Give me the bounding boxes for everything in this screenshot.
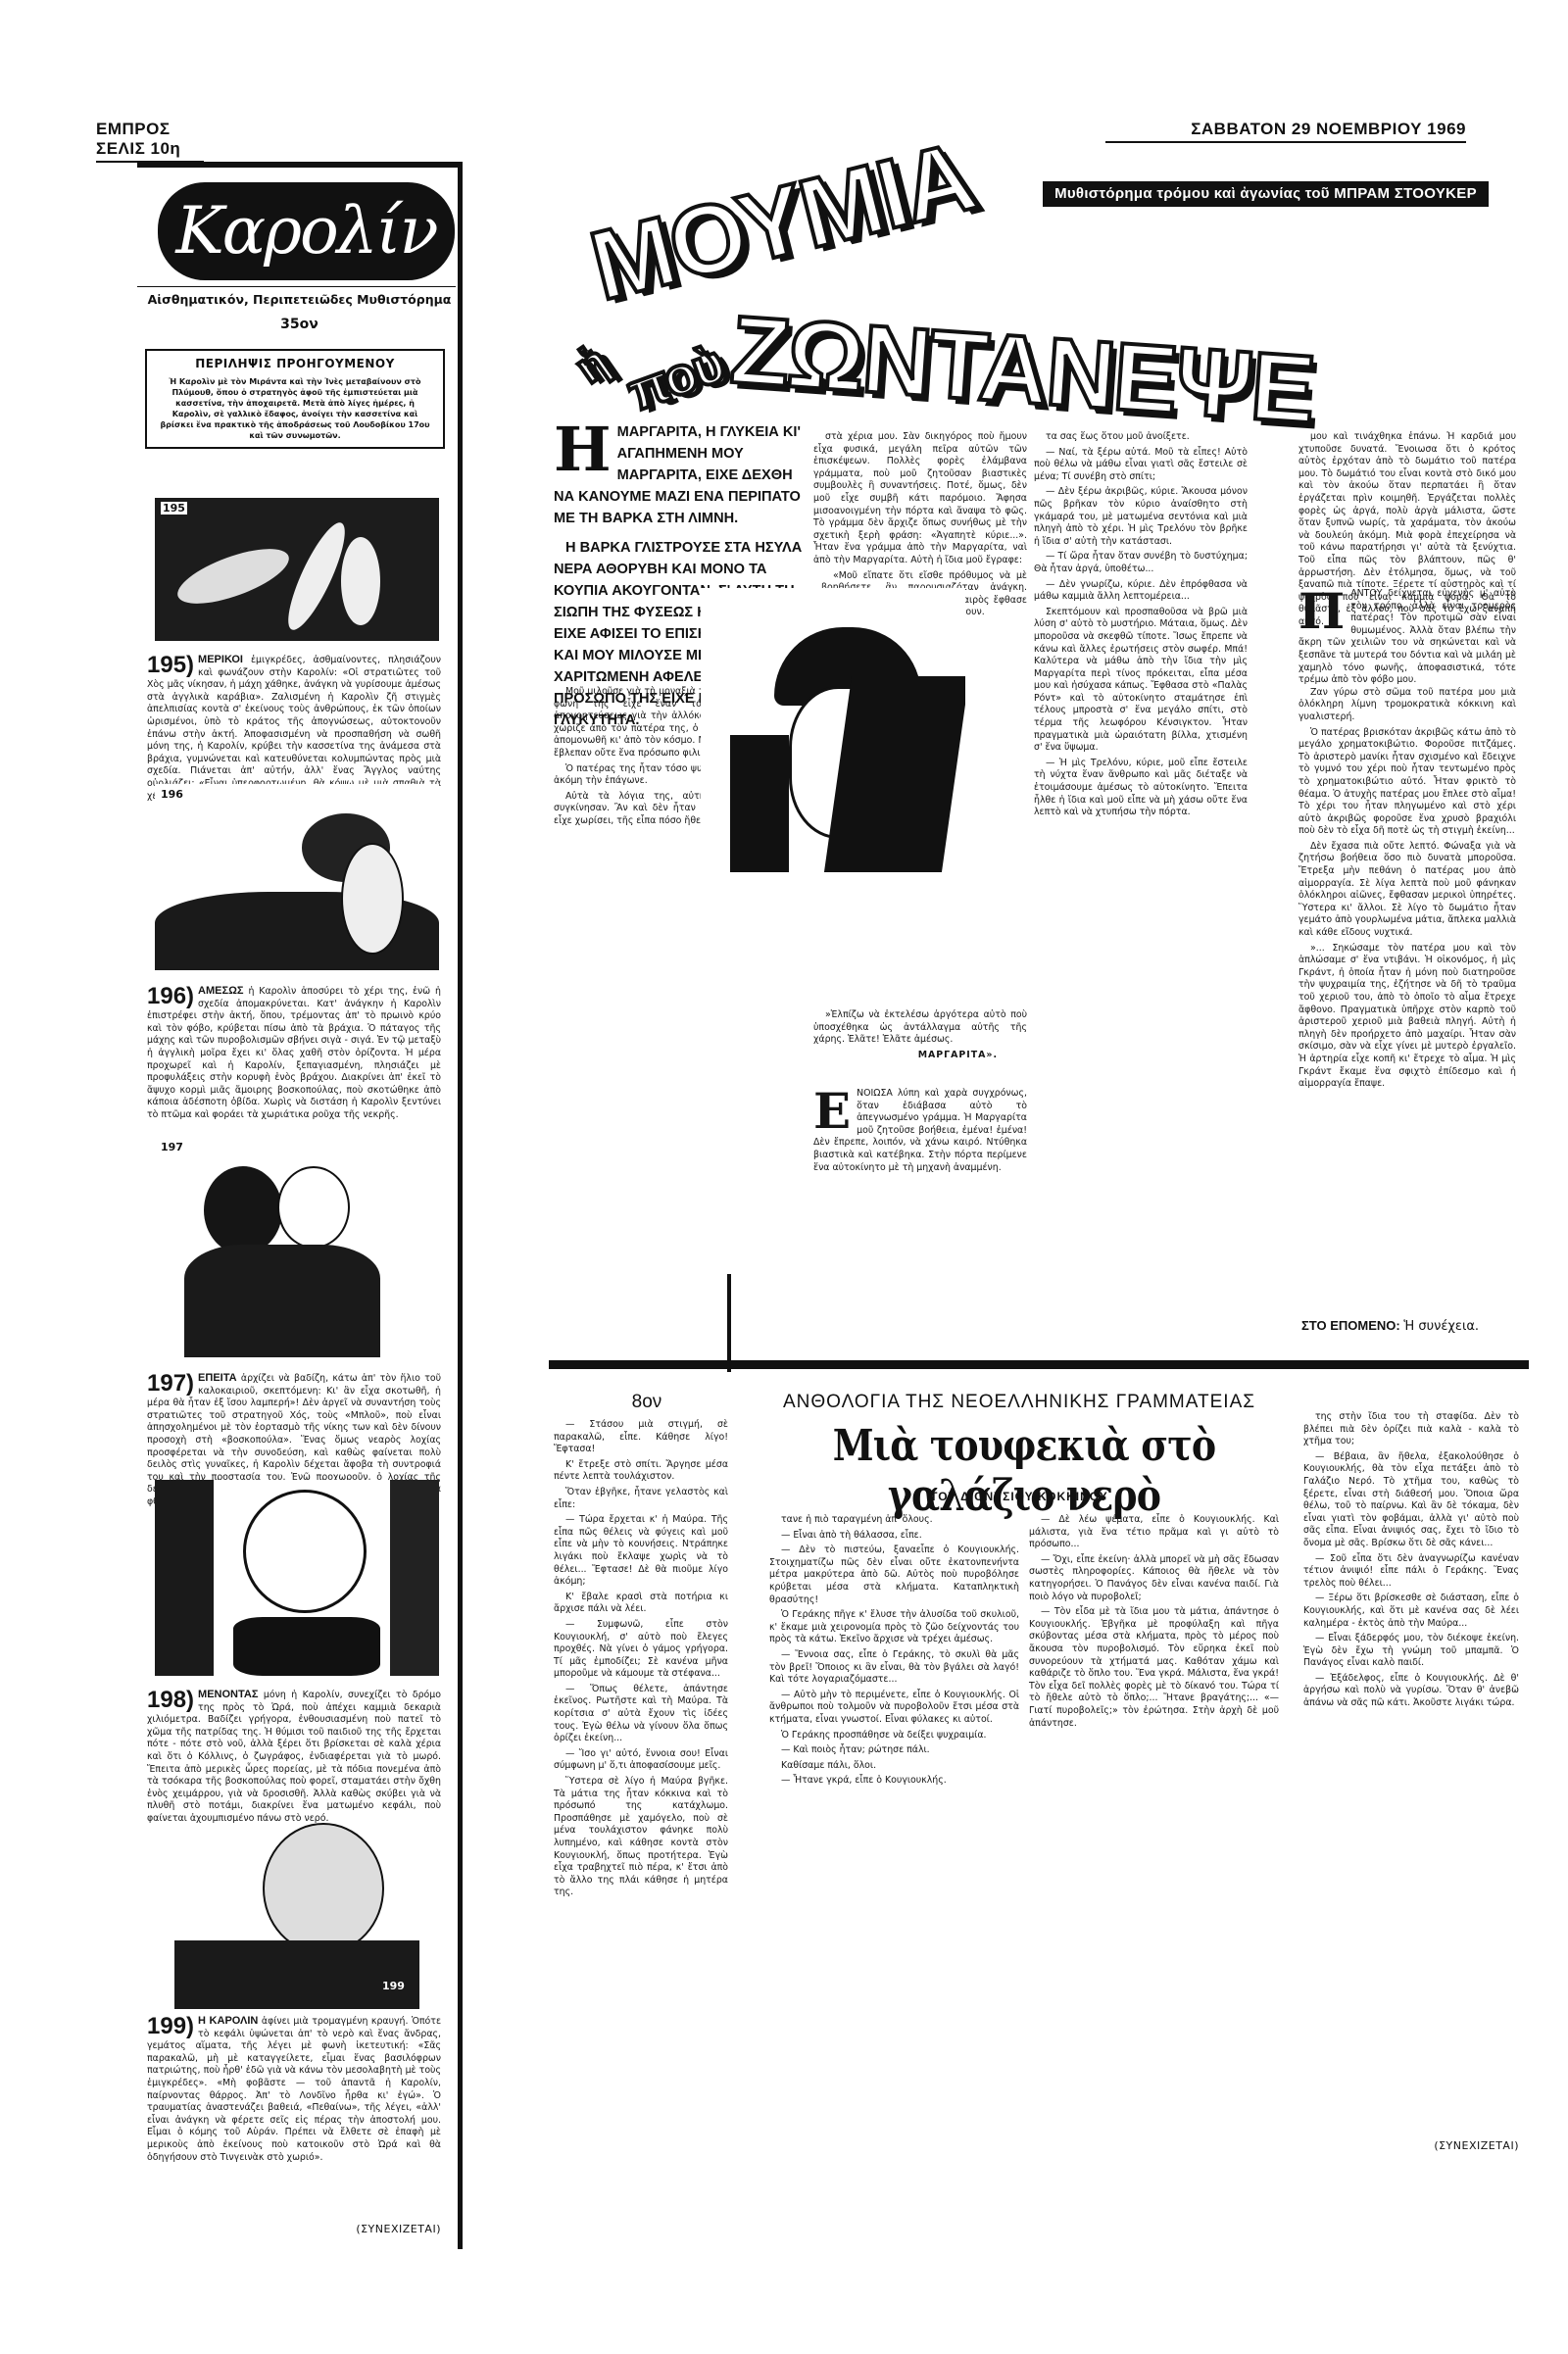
comic-panel-199: 199 bbox=[155, 1823, 439, 2011]
anthology-author: ΤΟΥ ΔΙΟΝΥΣΙΟΥ ΚΟΚΚΙΝΟΥ bbox=[759, 1490, 1279, 1503]
title-pou: ποὺ bbox=[619, 333, 731, 423]
anthology-kicker: ΑΝΘΟΛΟΓΙΑ ΤΗΣ ΝΕΟΕΛΛΗΝΙΚΗΣ ΓΡΑΜΜΑΤΕΙΑΣ bbox=[759, 1392, 1279, 1413]
continued-left: (ΣΥΝΕΧΙΖΕΤΑΙ) bbox=[294, 2223, 441, 2235]
feature-col2b: ΕΝΟΙΩΣΑ λύπη καὶ χαρὰ συγχρόνως, ὅταν ἐδ… bbox=[813, 1088, 1027, 1174]
left-top-rule bbox=[137, 162, 463, 168]
next-issue: ΣΤΟ ΕΠΟΜΕΝΟ: Ἡ συνέχεια. bbox=[1301, 1318, 1517, 1334]
left-column-rule bbox=[458, 162, 463, 2249]
section-divider bbox=[549, 1360, 1529, 1369]
caption-195: 195) ΜΕΡΙΚΟΙ ἐμιγκρέδες, ἀσθμαίνοντες, π… bbox=[147, 654, 441, 803]
anthology-col3: — Δὲ λέω ψέματα, εἶπε ὁ Κουγιουκλής. Καὶ… bbox=[1029, 1514, 1279, 1733]
divider bbox=[137, 286, 456, 287]
summary-text: Ἡ Καρολὶν μὲ τὸν Μιράντα καὶ τὴν Ἰνὲς με… bbox=[155, 376, 435, 441]
serial-subtitle: Αἰσθηματικόν, Περιπετειῶδες Μυθιστόρημα bbox=[145, 292, 454, 307]
feature-col4b: Π ΑΝΤΟΥ δείχνεται εὐγενὴς μ' αὐτὸ τὸν τρ… bbox=[1298, 588, 1516, 1094]
portrait-illustration bbox=[701, 588, 965, 872]
masthead-left: ΕΜΠΡΟΣ ΣΕΛΙΣ 10η bbox=[96, 120, 204, 163]
signature: ΜΑΡΓΑΡΙΤΑ». bbox=[813, 1050, 1027, 1062]
anthology-col2: τανε ἡ πιὸ ταραγμένη ἀπ' ὅλους.— Εἶναι ἀ… bbox=[769, 1514, 1019, 1790]
title-line2: ΖΩΝΤΑΝΕΨΕ bbox=[727, 294, 1317, 445]
part-number: 8ον bbox=[588, 1392, 706, 1413]
chapter-number: 35ον bbox=[145, 317, 454, 332]
comic-panel-196: 196 bbox=[155, 784, 439, 970]
masthead-date: ΣΑΒΒΑΤΟΝ 29 ΝΟΕΜΒΡΙΟΥ 1969 bbox=[1105, 120, 1466, 143]
comic-panel-195: 195 bbox=[155, 498, 439, 641]
panel-handnum: 195 bbox=[161, 502, 187, 515]
summary-title: ΠΕΡΙΛΗΨΙΣ ΠΡΟΗΓΟΥΜΕΝΟΥ bbox=[155, 357, 435, 370]
anthology-title: Μιὰ τουφεκιὰ στὸ γαλάζιο νερὸ bbox=[788, 1421, 1260, 1521]
comic-panel-198 bbox=[155, 1480, 439, 1676]
serial-logo: Καρολίν bbox=[158, 182, 455, 280]
comic-panel-197: 197 bbox=[155, 1137, 439, 1357]
anthology-col1: — Στάσου μιὰ στιγμή, σὲ παρακαλῶ, εἶπε. … bbox=[554, 1419, 728, 1902]
feature-col3: τα σας ἕως ὅτου μοῦ ἀνοίξετε.— Ναί, τὰ ξ… bbox=[1034, 431, 1248, 822]
caption-196: 196) ΑΜΕΣΩΣ ἡ Καρολὶν ἀποσύρει τὸ χέρι τ… bbox=[147, 985, 441, 1122]
title-article: ἡ bbox=[565, 335, 616, 393]
caption-199: 199) Η ΚΑΡΟΛΙΝ ἀφίνει μιὰ τρομαγμένη κρα… bbox=[147, 2015, 441, 2164]
continued-right: (ΣΥΝΕΧΙΖΕΤΑΙ) bbox=[1372, 2139, 1519, 2152]
summary-box: ΠΕΡΙΛΗΨΙΣ ΠΡΟΗΓΟΥΜΕΝΟΥ Ἡ Καρολὶν μὲ τὸν … bbox=[145, 349, 445, 449]
feature-col2-letter-end: »Ἐλπίζω νὰ ἐκτελέσω ἀργότερα αὐτὸ ποὺ ὑπ… bbox=[813, 1009, 1027, 1061]
drop-cap: Η bbox=[554, 423, 612, 476]
feature-kicker: Μυθιστόρημα τρόμου καὶ ἀγωνίας τοῦ ΜΠΡΑΜ… bbox=[1043, 181, 1489, 207]
anthology-col4: της στὴν ἴδια του τὴ σταφίδα. Δὲν τὸ βλέ… bbox=[1303, 1411, 1519, 1713]
caption-198: 198) ΜΕΝΟΝΤΑΣ μόνη ἡ Καρολίν, συνεχίζει … bbox=[147, 1689, 441, 1826]
title-line1: ΜΟΥΜΙΑ bbox=[580, 121, 984, 323]
